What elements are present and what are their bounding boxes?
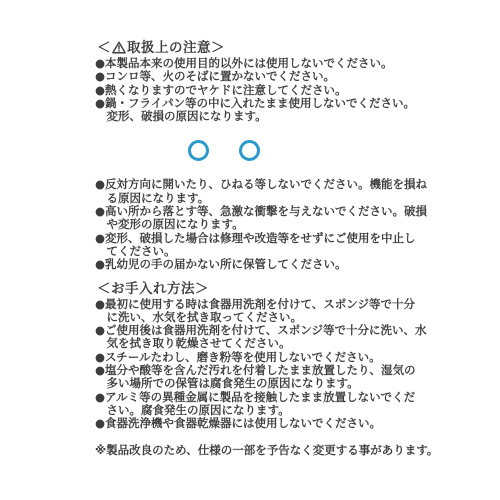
precaution-item: ●熱くなりますのでヤケドに注意してください。 (95, 84, 452, 97)
spec-change-footnote: ※製品改良のため、仕様の一部を予告なく変更する事があります。 (95, 444, 452, 457)
care-item: ●アルミ等の異種金属に製品を接触したまま放置しないでくだ さい。腐食発生の原因に… (95, 391, 452, 418)
precaution-item: ●本製品本来の使用目的以外には使用しないでください。 (95, 57, 452, 70)
precaution-item: ●高い所から落とす等、急激な衝撃を与えないでください。破損 や変形の原因になりま… (95, 205, 452, 232)
precaution-item: ●コンロ等、火のそばに置かないでください。 (95, 70, 452, 83)
care-item: ●ご使用後は食器用洗剤を付けて、スポンジ等で十分に洗い、水 気を拭き取り乾燥させ… (95, 324, 452, 351)
precaution-item: ●乳幼児の手の届かない所に保管してください。 (95, 258, 452, 271)
precaution-item: ●変形、破損した場合は修理や改造等をせずにご使用を中止し てください。 (95, 232, 452, 259)
warning-triangle-icon (112, 41, 126, 54)
circle-mark-icon (188, 140, 209, 161)
care-item: ●食器洗浄機や食器乾燥器には使用しないでください。 (95, 417, 452, 430)
precaution-item: ●反対方向に開いたり、ひねる等しないでください。機能を損ね る原因になります。 (95, 178, 452, 205)
care-item: ●塩分や酸等を含んだ汚れを付着したまま放置したり、湿気の 多い場所での保管は腐食… (95, 364, 452, 391)
product-figure-circle-marks (188, 140, 452, 161)
handling-section-title: ＜ 取扱上の注意＞ (97, 40, 452, 56)
care-item: ●最初に使用する時は食器用洗剤を付けて、スポンジ等で十分 に洗い、水気を拭き取っ… (95, 298, 452, 325)
care-section-title: ＜お手入れ方法＞ (97, 281, 452, 297)
circle-mark-icon (239, 140, 260, 161)
precaution-item: ●鍋・フライパン等の中に入れたまま使用しないでください。 変形、破損の原因になり… (95, 97, 452, 124)
handling-title-text: 取扱上の注意＞ (127, 40, 225, 56)
care-item: ●スチールたわし、磨き粉等を使用しないでください。 (95, 351, 452, 364)
title-open-bracket: ＜ (97, 40, 111, 56)
care-instructions-sheet: ＜ 取扱上の注意＞ ●本製品本来の使用目的以外には使用しないでください。 ●コン… (0, 0, 500, 500)
